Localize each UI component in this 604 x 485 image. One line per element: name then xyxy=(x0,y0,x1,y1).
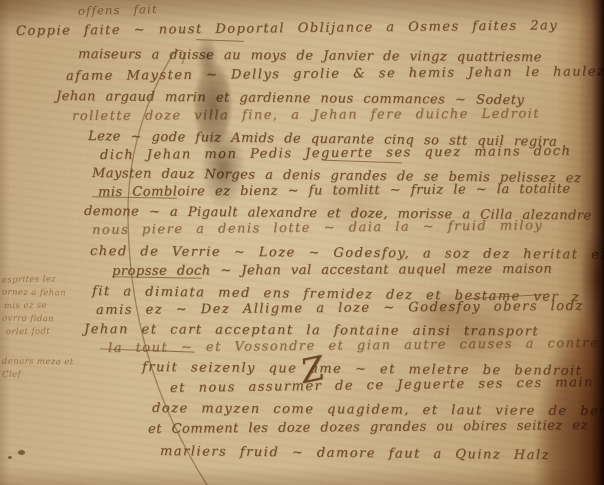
manuscript-line: ched de Verrie ~ Loze ~ Godesfoy, a soz … xyxy=(90,245,604,262)
manuscript-line: Jehan argaud marin et gardienne nous com… xyxy=(56,90,524,107)
margin-note: mis ez se xyxy=(4,302,47,311)
margin-note: ovrra fidan xyxy=(2,315,54,324)
margin-note: Clef xyxy=(2,371,21,380)
manuscript-line: nous piere a denis lotte ~ daia la ~ fru… xyxy=(92,219,543,237)
margin-note: orlet fodt xyxy=(6,328,50,338)
margin-note: ornez a fehan xyxy=(2,289,66,299)
ink-underline xyxy=(196,39,244,42)
manuscript-line: maiseurs a duisse au moys de Janvier de … xyxy=(78,48,542,64)
manuscript-line: et nous assurmer de ce Jeguerte ses ces … xyxy=(170,376,594,395)
manuscript-line: Coppie faite ~ noust Doportal Oblijance … xyxy=(16,19,558,38)
manuscript-line: et Comment les doze dozes grandes ou obi… xyxy=(148,419,588,436)
manuscript-line: amis ez ~ Dez Alligme a loze ~ Godesfoy … xyxy=(96,300,584,317)
manuscript-line: Jehan et cart acceptant la fontaine ains… xyxy=(84,323,539,338)
manuscript-line: doze mayzen come quagidem, et laut viere… xyxy=(152,402,604,418)
manuscript-line: la tout ~ et Vossondre et gian autre cau… xyxy=(108,337,599,355)
ink-speck xyxy=(18,450,25,455)
manuscript-line: marliers fruid ~ damore faut a Quinz Hal… xyxy=(160,445,550,462)
margin-note: denars meza et xyxy=(2,358,74,368)
header-inscription: offens fait xyxy=(78,2,158,18)
ink-speck xyxy=(8,456,12,459)
margin-note: esprites lez xyxy=(2,276,56,286)
manuscript-line: afame Maysten ~ Dellys grolie & se hemis… xyxy=(66,65,604,83)
manuscript-line: propsse doch ~ Jehan val accestant auque… xyxy=(112,263,552,278)
manuscript-page: offens fait Coppie faite ~ noust Doporta… xyxy=(0,0,604,485)
manuscript-line: mis Combloire ez bienz ~ fu tomlitt ~ fr… xyxy=(98,183,571,199)
manuscript-line: rollette doze villa fine, a Jehan fere d… xyxy=(72,108,540,123)
